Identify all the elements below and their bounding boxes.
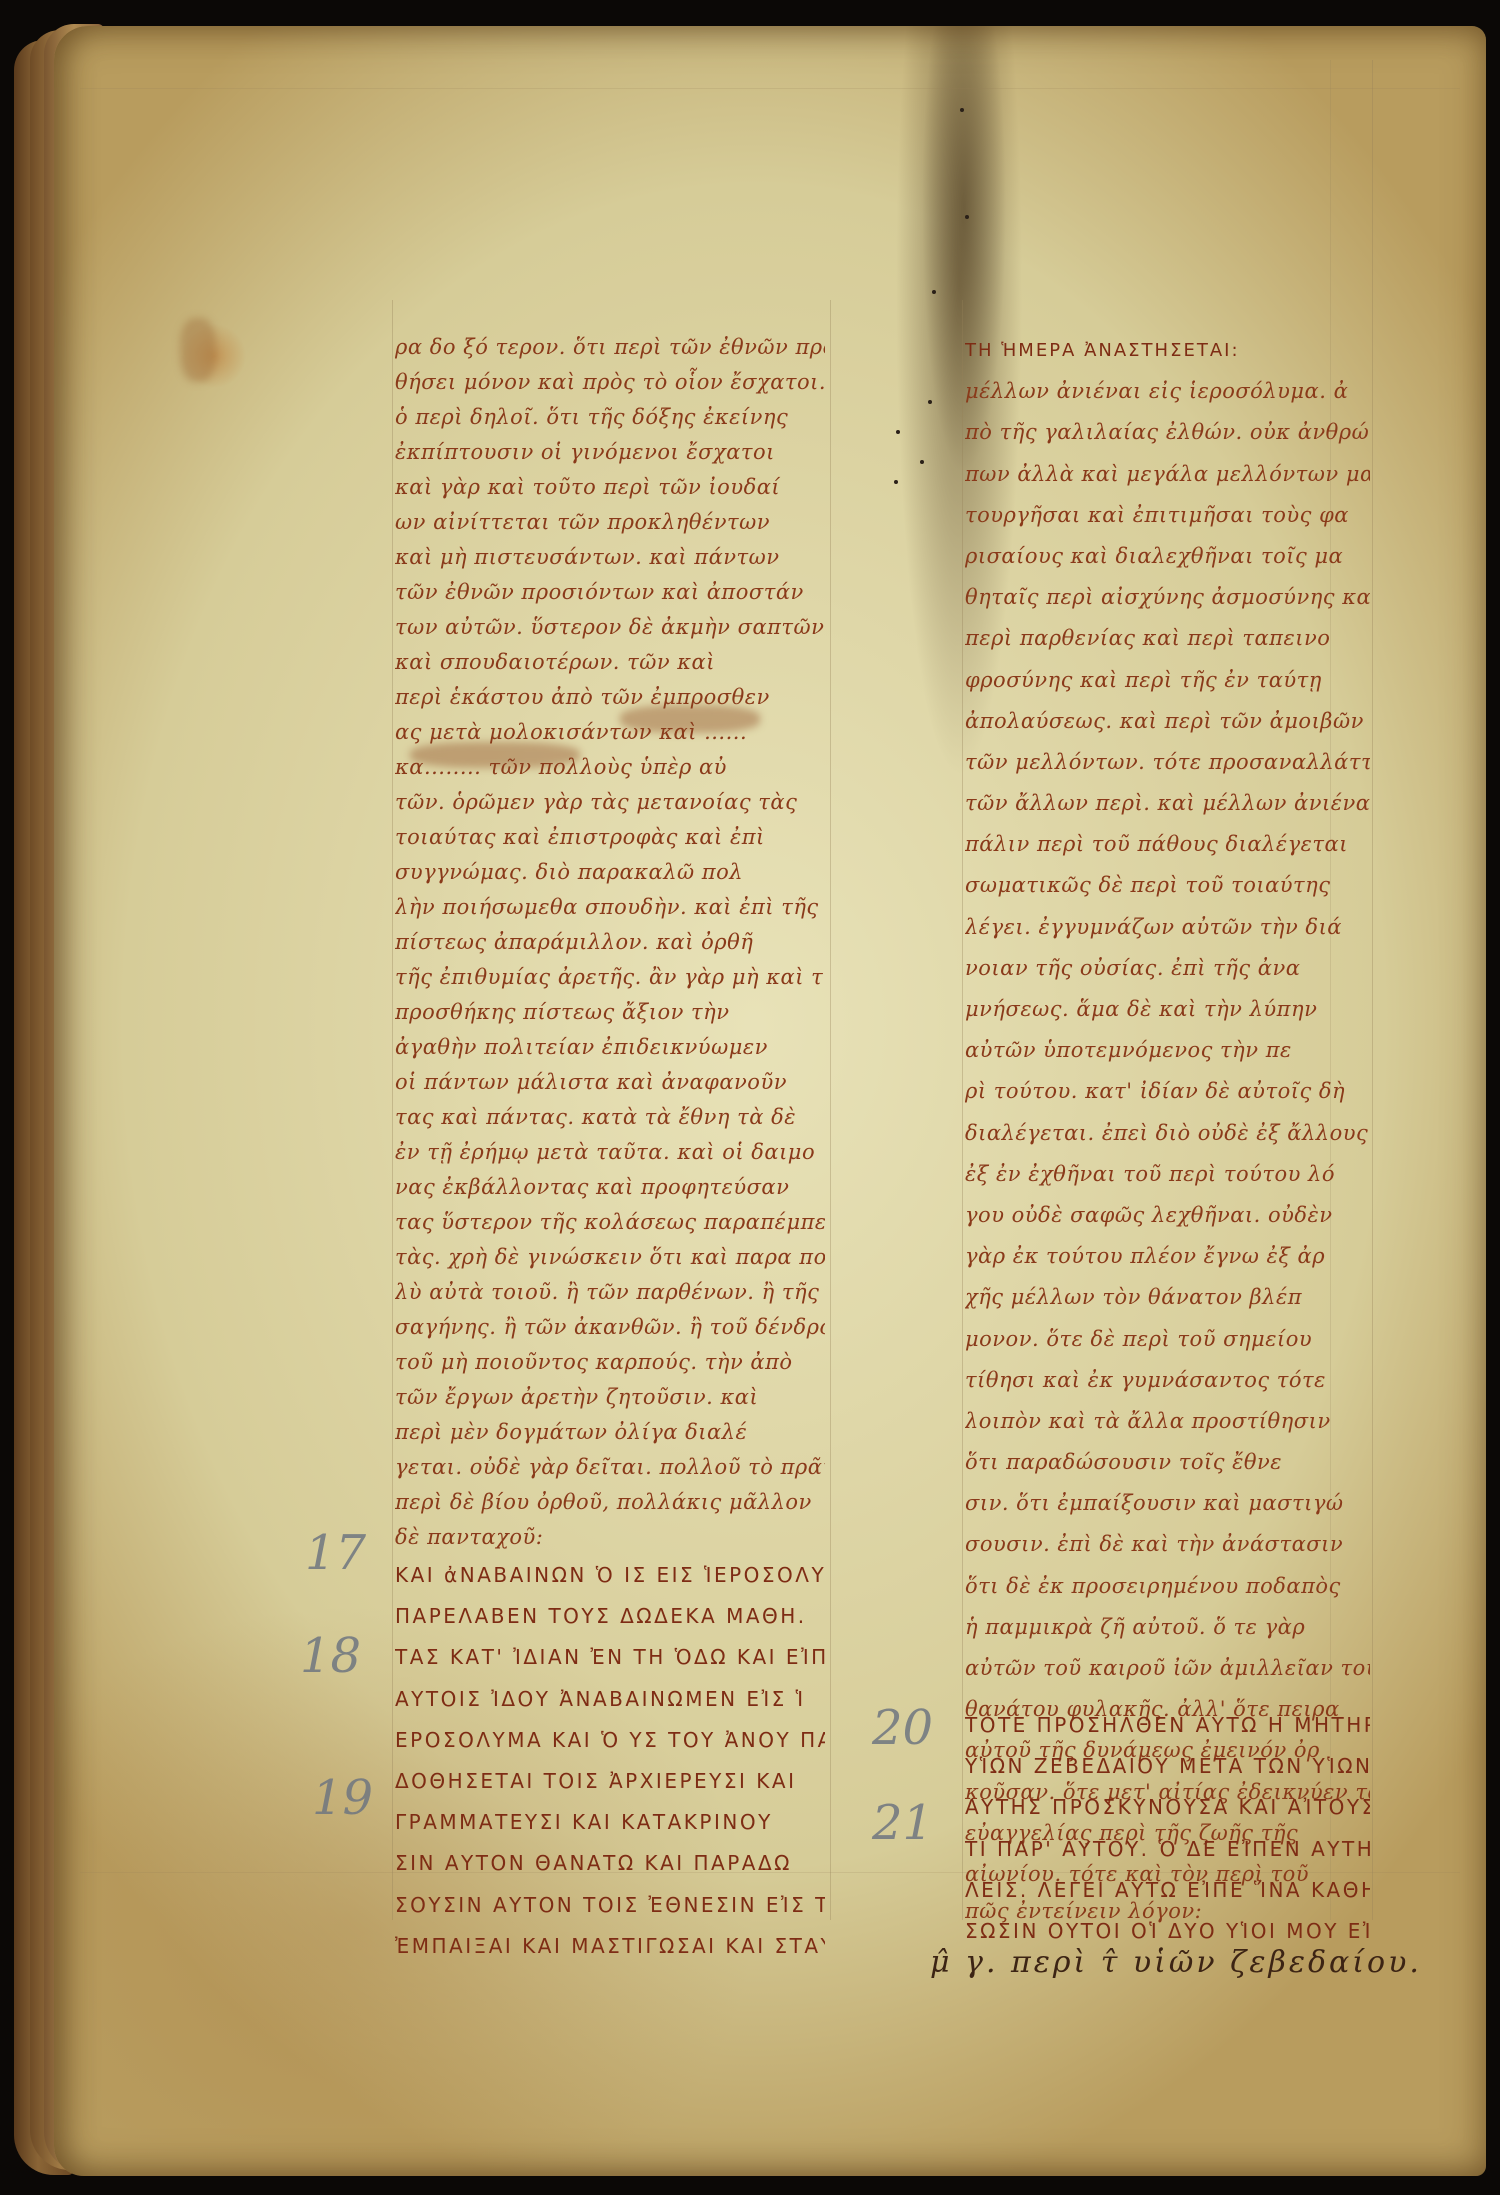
- ruling-line: [392, 300, 393, 1920]
- text-line: τῶν ἔργων ἀρετὴν ζητοῦσιν. καὶ: [395, 1380, 825, 1415]
- gospel-line: ΚΑΙ ἀΝΑΒΑΙΝΩΝ Ὁ ΙΣ ΕΙΣ ἹΕΡΟΣΟΛΥΜΑ: [395, 1555, 825, 1596]
- gospel-line: ΔΟΘΗΣΕΤΑΙ ΤΟΙΣ ἈΡΧΙΕΡΕΥΣΙ ΚΑΙ: [395, 1761, 825, 1802]
- text-line: κα........ τῶν πολλοὺς ὑπὲρ αὐ: [395, 750, 825, 785]
- right-column-commentary: ΤΗ ἩΜΕΡΑ ἈΝΑΣΤΗΣΕΤΑΙ: μέλλων ἀνιέναι εἰς…: [965, 330, 1370, 1927]
- text-line: μέλλων ἀνιέναι εἰς ἱεροσόλυμα. ἀ: [965, 371, 1370, 412]
- text-line: μνήσεως. ἅμα δὲ καὶ τὴν λύπην: [965, 989, 1370, 1030]
- text-line: τουργῆσαι καὶ ἐπιτιμῆσαι τοὺς φα: [965, 495, 1370, 536]
- text-line: πάλιν περὶ τοῦ πάθους διαλέγεται: [965, 824, 1370, 865]
- bottom-margin-note: μ̂ γ. περὶ τ̂ υἱῶν ζεβεδαίου.: [930, 1945, 1422, 1980]
- text-line: χῆς μέλλων τὸν θάνατον βλέπ: [965, 1277, 1370, 1318]
- text-line: καὶ γὰρ καὶ τοῦτο περὶ τῶν ἰουδαί: [395, 470, 825, 505]
- text-line: ρὶ τούτου. κατ' ἰδίαν δὲ αὐτοῖς δὴ: [965, 1071, 1370, 1112]
- text-line: προσθήκης πίστεως ἄξιον τὴν: [395, 995, 825, 1030]
- text-line: ΤΗ ἩΜΕΡΑ ἈΝΑΣΤΗΣΕΤΑΙ:: [965, 330, 1370, 371]
- ruling-line: [1372, 60, 1373, 1920]
- text-line: λὺ αὐτὰ τοιοῦ. ἢ τῶν παρθένων. ἢ τῆς: [395, 1275, 825, 1310]
- speck: [894, 480, 898, 484]
- text-line: τίθησι καὶ ἐκ γυμνάσαντος τότε: [965, 1360, 1370, 1401]
- text-line: τὰς. χρὴ δὲ γινώσκειν ὅτι καὶ παρα πο: [395, 1240, 825, 1275]
- text-line: των αὐτῶν. ὕστερον δὲ ἀκμὴν σαπτῶν: [395, 610, 825, 645]
- gospel-line: ΣΟΥΣΙΝ ΑΥΤΟΝ ΤΟΙΣ ἘΘΝΕΣΙΝ ΕἸΣ ΤΟ: [395, 1885, 825, 1926]
- text-line: ἀγαθὴν πολιτείαν ἐπιδεικνύωμεν: [395, 1030, 825, 1065]
- text-line: ἐν τῇ ἐρήμῳ μετὰ ταῦτα. καὶ οἱ δαιμο: [395, 1135, 825, 1170]
- gospel-line: ΤΑΣ ΚΑΤ' ἸΔΙΑΝ ἘΝ ΤΗ ὉΔΩ ΚΑΙ ΕἸΠΕ: [395, 1637, 825, 1678]
- text-line: ἐξ ἐν ἐχθῆναι τοῦ περὶ τούτου λό: [965, 1154, 1370, 1195]
- left-column-commentary: ρα δο ξό τερον. ὅτι περὶ τῶν ἐθνῶν προσ …: [395, 330, 825, 1555]
- text-line: μονον. ὅτε δὲ περὶ τοῦ σημείου: [965, 1319, 1370, 1360]
- text-line: θήσει μόνον καὶ πρὸς τὸ οἷον ἔσχατοι.: [395, 365, 825, 400]
- text-line: νοιαν τῆς οὐσίας. ἐπὶ τῆς ἀνα: [965, 948, 1370, 989]
- text-line: τῶν ἄλλων περὶ. καὶ μέλλων ἀνιέναι: [965, 783, 1370, 824]
- gospel-line: ΣΙΝ ΑΥΤΟΝ ΘΑΝΑΤΩ ΚΑΙ ΠΑΡΑΔΩ: [395, 1843, 825, 1884]
- text-line: ἀπολαύσεως. καὶ περὶ τῶν ἀμοιβῶν: [965, 701, 1370, 742]
- text-line: δὲ πανταχοῦ:: [395, 1520, 825, 1555]
- text-line: περὶ ἑκάστου ἀπὸ τῶν ἐμπροσθεν: [395, 680, 825, 715]
- text-line: λέγει. ἐγγυμνάζων αὐτῶν τὴν διά: [965, 907, 1370, 948]
- text-line: σουσιν. ἐπὶ δὲ καὶ τὴν ἀνάστασιν: [965, 1524, 1370, 1565]
- gospel-line: ἘΜΠΑΙΞΑΙ ΚΑΙ ΜΑΣΤΙΓΩΣΑΙ ΚΑΙ ΣΤΑΥΡΩΣΑΙ: [395, 1926, 825, 1967]
- text-line: ὁ περὶ δηλοῖ. ὅτι τῆς δόξης ἐκείνης: [395, 400, 825, 435]
- verse-number: 17: [305, 1525, 366, 1581]
- speck: [896, 430, 900, 434]
- text-line: ων αἰνίττεται τῶν προκληθέντων: [395, 505, 825, 540]
- speck: [920, 460, 924, 464]
- text-line: σιν. ὅτι ἐμπαίξουσιν καὶ μαστιγώ: [965, 1483, 1370, 1524]
- text-line: συγγνώμας. διὸ παρακαλῶ πολ: [395, 855, 825, 890]
- gospel-line: ΤΙ ΠΑΡ' ΑΥΤΟΥ. Ὁ ΔΕ ΕἸΠΕΝ ΑΥΤΗ ΤΙ ΘΕ: [965, 1829, 1370, 1870]
- verse-number: 18: [300, 1628, 361, 1684]
- ruling-line: [830, 300, 831, 1920]
- text-line: οἱ πάντων μάλιστα καὶ ἀναφανοῦν: [395, 1065, 825, 1100]
- speck: [932, 290, 936, 294]
- text-line: νας ἐκβάλλοντας καὶ προφητεύσαν: [395, 1170, 825, 1205]
- verse-number: 21: [872, 1795, 933, 1851]
- ruling-line: [80, 88, 1460, 89]
- gospel-line: ΥἹΩΝ ΖΕΒΕΔΑΙΟΥ ΜΕΤΑ ΤΩΝ ΥἹΩΝ: [965, 1746, 1370, 1787]
- gospel-line: ΛΕΙΣ. ΛΕΓΕΙ ΑΥΤΩ ΕἸΠΕ ἽΝΑ ΚΑΘΗ: [965, 1870, 1370, 1911]
- text-line: τῶν μελλόντων. τότε προσαναλλάττει: [965, 742, 1370, 783]
- text-line: σωματικῶς δὲ περὶ τοῦ τοιαύτης: [965, 865, 1370, 906]
- text-line: αὐτῶν ὑποτεμνόμενος τὴν πε: [965, 1030, 1370, 1071]
- text-line: σαγήνης. ἢ τῶν ἀκανθῶν. ἢ τοῦ δένδρου: [395, 1310, 825, 1345]
- left-column-gospel-text: ΚΑΙ ἀΝΑΒΑΙΝΩΝ Ὁ ΙΣ ΕΙΣ ἹΕΡΟΣΟΛΥΜΑ ΠΑΡΕΛΑ…: [395, 1555, 825, 1967]
- verse-number: 20: [872, 1700, 933, 1756]
- text-line: ρισαίους καὶ διαλεχθῆναι τοῖς μα: [965, 536, 1370, 577]
- text-line: λοιπὸν καὶ τὰ ἄλλα προστίθησιν: [965, 1401, 1370, 1442]
- speck: [928, 400, 932, 404]
- gospel-line: ΠΑΡΕΛΑΒΕΝ ΤΟΥΣ ΔΩΔΕΚΑ ΜΑΘΗ.: [395, 1596, 825, 1637]
- text-line: διαλέγεται. ἐπεὶ διὸ οὐδὲ ἐξ ἄλλους: [965, 1113, 1370, 1154]
- text-line: καὶ σπουδαιοτέρων. τῶν καὶ: [395, 645, 825, 680]
- verse-number: 19: [312, 1770, 373, 1826]
- text-line: τοῦ μὴ ποιοῦντος καρπούς. τὴν ἀπὸ: [395, 1345, 825, 1380]
- text-line: λὴν ποιήσωμεθα σπουδὴν. καὶ ἐπὶ τῆς: [395, 890, 825, 925]
- text-line: γου οὐδὲ σαφῶς λεχθῆναι. οὐδὲν: [965, 1195, 1370, 1236]
- text-line: πων ἀλλὰ καὶ μεγάλα μελλόντων μα: [965, 454, 1370, 495]
- text-line: γεται. οὐδὲ γὰρ δεῖται. πολλοῦ τὸ πρᾶγμα: [395, 1450, 825, 1485]
- text-line: τῶν. ὁρῶμεν γὰρ τὰς μετανοίας τὰς: [395, 785, 825, 820]
- text-line: πὸ τῆς γαλιλαίας ἐλθών. οὐκ ἀνθρώ: [965, 412, 1370, 453]
- text-line: ἐκπίπτουσιν οἱ γινόμενοι ἔσχατοι: [395, 435, 825, 470]
- text-line: καὶ μὴ πιστευσάντων. καὶ πάντων: [395, 540, 825, 575]
- text-line: ὅτι δὲ ἐκ προσειρημένου ποδαπὸς: [965, 1566, 1370, 1607]
- text-line: αὐτῶν τοῦ καιροῦ ἰῶν ἀμιλλεῖαν τοῦ: [965, 1648, 1370, 1689]
- text-line: περὶ παρθενίας καὶ περὶ ταπεινο: [965, 618, 1370, 659]
- manuscript-photo: ρα δο ξό τερον. ὅτι περὶ τῶν ἐθνῶν προσ …: [0, 0, 1500, 2195]
- text-line: περὶ δὲ βίου ὀρθοῦ, πολλάκις μᾶλλον: [395, 1485, 825, 1520]
- stain: [180, 318, 216, 382]
- gospel-line: ΓΡΑΜΜΑΤΕΥΣΙ ΚΑΙ ΚΑΤΑΚΡΙΝΟΥ: [395, 1802, 825, 1843]
- text-line: γὰρ ἐκ τούτου πλέον ἔγνω ἐξ ἀρ: [965, 1236, 1370, 1277]
- text-line: ὅτι παραδώσουσιν τοῖς ἔθνε: [965, 1442, 1370, 1483]
- text-line: τῆς ἐπιθυμίας ἀρετῆς. ἂν γὰρ μὴ καὶ τῆς: [395, 960, 825, 995]
- gospel-line: ΑΥΤΗΣ ΠΡΟΣΚΥΝΟΥΣΑ ΚΑΙ ΑἸΤΟΥΣΑ: [965, 1787, 1370, 1828]
- text-line: τας καὶ πάντας. κατὰ τὰ ἔθνη τὰ δὲ: [395, 1100, 825, 1135]
- gospel-line: ΑΥΤΟΙΣ ἸΔΟΥ ἈΝΑΒΑΙΝΩΜΕΝ ΕἸΣ Ἱ: [395, 1679, 825, 1720]
- text-line: ας μετὰ μολοκισάντων καὶ ......: [395, 715, 825, 750]
- right-column-gospel-text: ΤΟΤΕ ΠΡΟΣΗΛΘΕΝ ΑΥΤΩ Η ΜΗΤΗΡ ΤΩΝ ΥἹΩΝ ΖΕΒ…: [965, 1705, 1370, 1952]
- text-line: θηταῖς περὶ αἰσχύνης ἀσμοσύνης καὶ: [965, 577, 1370, 618]
- text-line: τοιαύτας καὶ ἐπιστροφὰς καὶ ἐπὶ: [395, 820, 825, 855]
- speck: [965, 215, 969, 219]
- text-line: ἡ παμμικρὰ ζῆ αὐτοῦ. ὅ τε γὰρ: [965, 1607, 1370, 1648]
- gospel-line: ΤΟΤΕ ΠΡΟΣΗΛΘΕΝ ΑΥΤΩ Η ΜΗΤΗΡ ΤΩΝ: [965, 1705, 1370, 1746]
- text-line: περὶ μὲν δογμάτων ὀλίγα διαλέ: [395, 1415, 825, 1450]
- text-line: τας ὕστερον τῆς κολάσεως παραπέμπεσθαι: [395, 1205, 825, 1240]
- text-line: ρα δο ξό τερον. ὅτι περὶ τῶν ἐθνῶν προσ: [395, 330, 825, 365]
- text-line: φροσύνης καὶ περὶ τῆς ἐν ταύτῃ: [965, 660, 1370, 701]
- ruling-line: [962, 300, 963, 1920]
- text-line: τῶν ἐθνῶν προσιόντων καὶ ἀποστάν: [395, 575, 825, 610]
- text-line: πίστεως ἀπαράμιλλον. καὶ ὀρθῆ: [395, 925, 825, 960]
- gospel-line: ΕΡΟΣΟΛΥΜΑ ΚΑΙ Ὁ ΥΣ ΤΟΥ ἈΝΟΥ ΠΑΡΑ: [395, 1720, 825, 1761]
- speck: [960, 108, 964, 112]
